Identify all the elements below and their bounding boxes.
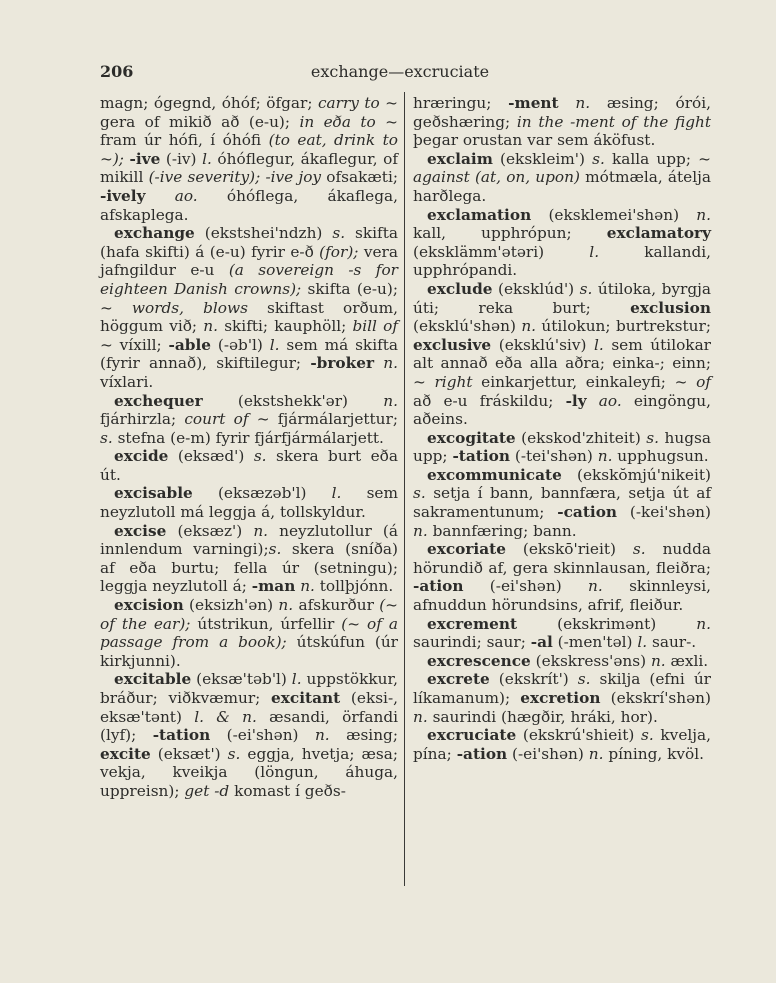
entry-text: tollþjónn. [315,577,393,595]
headword: exchange [114,224,195,242]
italic-note: n. [696,206,711,224]
dictionary-entry: excogitate (ekskod'zhiteit) s. hugsa upp… [413,429,711,466]
derived-form: -ively [100,187,145,205]
headword: excrete [427,670,490,688]
entry-text: saur-. [647,633,696,651]
entry-text: (eksklemei'shən) [531,206,696,224]
headword: excisable [114,484,193,502]
dictionary-entry: exclude (eksklúd') s. útiloka, byrgja út… [413,280,711,429]
dictionary-entry: excrete (ekskrít') s. skilja (efni úr lí… [413,670,711,726]
entry-text: (ekstshei'ndzh) [195,224,333,242]
italic-note: ao. [175,187,198,205]
italic-note: n. [588,577,603,595]
dictionary-entry: exclamation (eksklemei'shən) n. kall, up… [413,206,711,280]
italic-note: l. [292,670,302,688]
entry-text: upphugsun. [612,447,708,465]
derived-form: -ation [457,745,507,763]
entry-text: (-kei'shən) [617,503,711,521]
derived-form: exclusive [413,336,491,354]
italic-note: s. [413,484,426,502]
italic-note: n. [575,94,590,112]
entry-text: að e-u fráskildu; [413,392,566,410]
italic-note: l. [270,336,280,354]
entry-text: (eksæzəb'l) [193,484,332,502]
headword: excrement [427,615,517,633]
entry-text: (ekskŏmjú'nikeit) [562,466,711,484]
dictionary-entry: excrescence (ekskress'əns) n. æxli. [413,652,711,671]
running-header: 206 exchange—excruciate [100,60,700,84]
italic-note: n. [651,652,666,670]
entry-text: (ekskod'zhiteit) [516,429,647,447]
dictionary-entry: excoriate (ekskō'rieit) s. nudda hörundi… [413,540,711,614]
running-title: exchange—excruciate [100,60,700,84]
entry-text: útilokun; burtrekstur; [536,317,711,335]
dictionary-entry: excision (eksizh'ən) n. afskurður (~ of … [100,596,398,670]
headword: excide [114,447,168,465]
italic-note: ~ words, blows [100,299,248,317]
italic-note: s. [641,726,654,744]
dictionary-entry: excide (eksæd') s. skera burt eða út. [100,447,398,484]
italic-note: n. [413,522,428,540]
dictionary-entry: exchequer (ekstshekk'ər) n. fjárhirzla; … [100,392,398,448]
right-column: hræringu; -ment n. æsing; órói, geðshæri… [413,94,711,763]
italic-note: n. [383,354,398,372]
entry-text: afskurður [293,596,379,614]
entry-text: skifta (e-u); [301,280,398,298]
italic-note: n. [696,615,711,633]
entry-text: (ekskrít') [490,670,578,688]
column-divider [404,92,405,886]
entry-text: kall, upphrópun; [413,224,607,242]
entry-text: (-ei'shən) [210,726,315,744]
italic-note: s. [578,670,591,688]
derived-form: -tation [153,726,211,744]
headword: exclamation [427,206,531,224]
entry-text: (eksæ'təb'l) [191,670,292,688]
entry-text: (ekskrí'shən) [600,689,711,707]
italic-note: s. [580,280,593,298]
entry-text [145,187,174,205]
entry-text: (ekskrú'shieit) [516,726,641,744]
entry-text: fjárhirzla; [100,410,184,428]
entry-text: (ekskleim') [493,150,592,168]
entry-text: víxill; [113,336,169,354]
italic-note: l. [594,336,604,354]
italic-note: n. [315,726,330,744]
derived-form: -man [252,577,296,595]
italic-note: s. [269,540,282,558]
derived-form: -ment [508,94,558,112]
derived-form: excitant [271,689,340,707]
italic-note: n. [383,392,398,410]
dictionary-entry: excrement (ekskrimənt) n. saurindi; saur… [413,615,711,652]
italic-note: in the -ment of the fight [517,113,711,131]
entry-text: kalla upp; [605,150,698,168]
entry-text: æsing; [330,726,398,744]
italic-note: court of ~ [184,410,269,428]
italic-note: s. [100,429,113,447]
left-column: magn; ógegnd, óhóf; öfgar; carry to ~ ge… [100,94,398,801]
italic-note: n. [413,708,428,726]
headword: excrescence [427,652,531,670]
italic-note: carry to ~ [318,94,398,112]
dictionary-entry: excitable (eksæ'təb'l) l. uppstökkur, br… [100,670,398,800]
entry-text: (ekskrimənt) [517,615,696,633]
entry-text: hræringu; [413,94,508,112]
entry-text: stefna (e-m) fyrir fjárfjármálarjett. [113,429,384,447]
italic-note: ~ of [675,373,711,391]
entry-text: (-ei'shən) [507,745,589,763]
entry-text: (eksklú'siv) [491,336,594,354]
entry-text: (eksklúd') [493,280,580,298]
italic-note: s. [254,447,267,465]
italic-note: n. [203,317,218,335]
dictionary-entry: exchange (ekstshei'ndzh) s. skifta (hafa… [100,224,398,391]
headword: excise [114,522,166,540]
italic-note: l. [202,150,212,168]
italic-note: s. [228,745,241,763]
derived-form: -broker [310,354,374,372]
derived-form: -tation [452,447,510,465]
headword: excruciate [427,726,516,744]
entry-text: fram úr hófi, í óhófi [100,131,269,149]
entry-text [374,354,383,372]
italic-note: l. & n. [194,708,257,726]
entry-text [587,392,599,410]
entry-continuation: hræringu; -ment n. æsing; órói, geðshæri… [413,94,711,150]
derived-form: -al [531,633,553,651]
headword: exchequer [114,392,203,410]
headword: excogitate [427,429,516,447]
entry-text: (ekstshekk'ər) [203,392,384,410]
entry-continuation: magn; ógegnd, óhóf; öfgar; carry to ~ ge… [100,94,398,224]
entry-text: saurindi (hægðir, hráki, hor). [428,708,658,726]
entry-text: æxli. [666,652,709,670]
italic-note: l. [637,633,647,651]
italic-note: s. [633,540,646,558]
dictionary-entry: exclaim (ekskleim') s. kalla upp; ~ agai… [413,150,711,206]
italic-note: s. [592,150,605,168]
italic-note: ~ right [413,373,473,391]
italic-note: n. [589,745,604,763]
headword: exclude [427,280,493,298]
entry-text: (ekskress'əns) [531,652,651,670]
entry-text: (-ei'shən) [463,577,588,595]
derived-form: -able [169,336,212,354]
entry-text: fjármálarjettur; [270,410,398,428]
headword: exclaim [427,150,493,168]
entry-text: (-tei'shən) [510,447,598,465]
italic-note: (-ive severity); -ive joy [149,168,322,186]
italic-note: n. [521,317,536,335]
dictionary-entry: excommunicate (ekskŏmjú'nikeit) s. setja… [413,466,711,540]
headword: excitable [114,670,191,688]
dictionary-entry: excisable (eksæzəb'l) l. sem neyzlutoll … [100,484,398,521]
italic-note: in eða to ~ [299,113,398,131]
entry-text: (eksæz') [166,522,253,540]
italic-note: s. [646,429,659,447]
entry-text: saurindi; saur; [413,633,531,651]
entry-text: skifti; kauphöll; [218,317,352,335]
entry-text: (-iv) [160,150,202,168]
dictionary-entry: excruciate (ekskrú'shieit) s. kvelja, pí… [413,726,711,763]
headword: excoriate [427,540,506,558]
entry-text: (eksklämm'ətəri) [413,243,589,261]
entry-text: píning, kvöl. [603,745,704,763]
entry-text: útstrikun, úrfellir [190,615,341,633]
headword: excommunicate [427,466,562,484]
italic-note: l. [332,484,342,502]
italic-note: (for); [319,243,358,261]
italic-note: ao. [599,392,622,410]
italic-note: n. [278,596,293,614]
derived-form: excite [100,745,151,763]
dictionary-entry: excise (eksæz') n. neyzlutollur (á innle… [100,522,398,596]
derived-form: -ly [566,392,587,410]
italic-note: s. [332,224,345,242]
entry-text: (eksizh'ən) [184,596,279,614]
italic-note: n. [598,447,613,465]
dictionary-page: 206 exchange—excruciate magn; ógegnd, óh… [0,0,776,983]
italic-note: get -d [184,782,229,800]
derived-form: excretion [520,689,600,707]
entry-text: þegar orustan var sem áköfust. [413,131,655,149]
entry-text: (eksæt') [151,745,228,763]
derived-form: -ation [413,577,463,595]
entry-text: magn; ógegnd, óhóf; öfgar; [100,94,318,112]
italic-note: l. [589,243,599,261]
italic-note: n. [300,577,315,595]
derived-form: exclamatory [607,224,711,242]
entry-text: (eksklú'shən) [413,317,521,335]
entry-text: bannfæring; bann. [428,522,577,540]
entry-text: ofsakæti; [321,168,398,186]
entry-text: einkarjettur, einkaleyfi; [473,373,675,391]
entry-text: (-əb'l) [211,336,270,354]
derived-form: -ive [130,150,161,168]
derived-form: exclusion [630,299,711,317]
entry-text: komast í geðs- [229,782,346,800]
entry-text: gera of mikið að (e-u); [100,113,299,131]
entry-text: (ekskō'rieit) [506,540,633,558]
entry-text: (-men'təl) [553,633,638,651]
entry-text [559,94,576,112]
headword: excision [114,596,184,614]
italic-note: n. [253,522,268,540]
derived-form: -cation [557,503,617,521]
entry-text: víxlari. [100,373,153,391]
entry-text: (eksæd') [168,447,253,465]
